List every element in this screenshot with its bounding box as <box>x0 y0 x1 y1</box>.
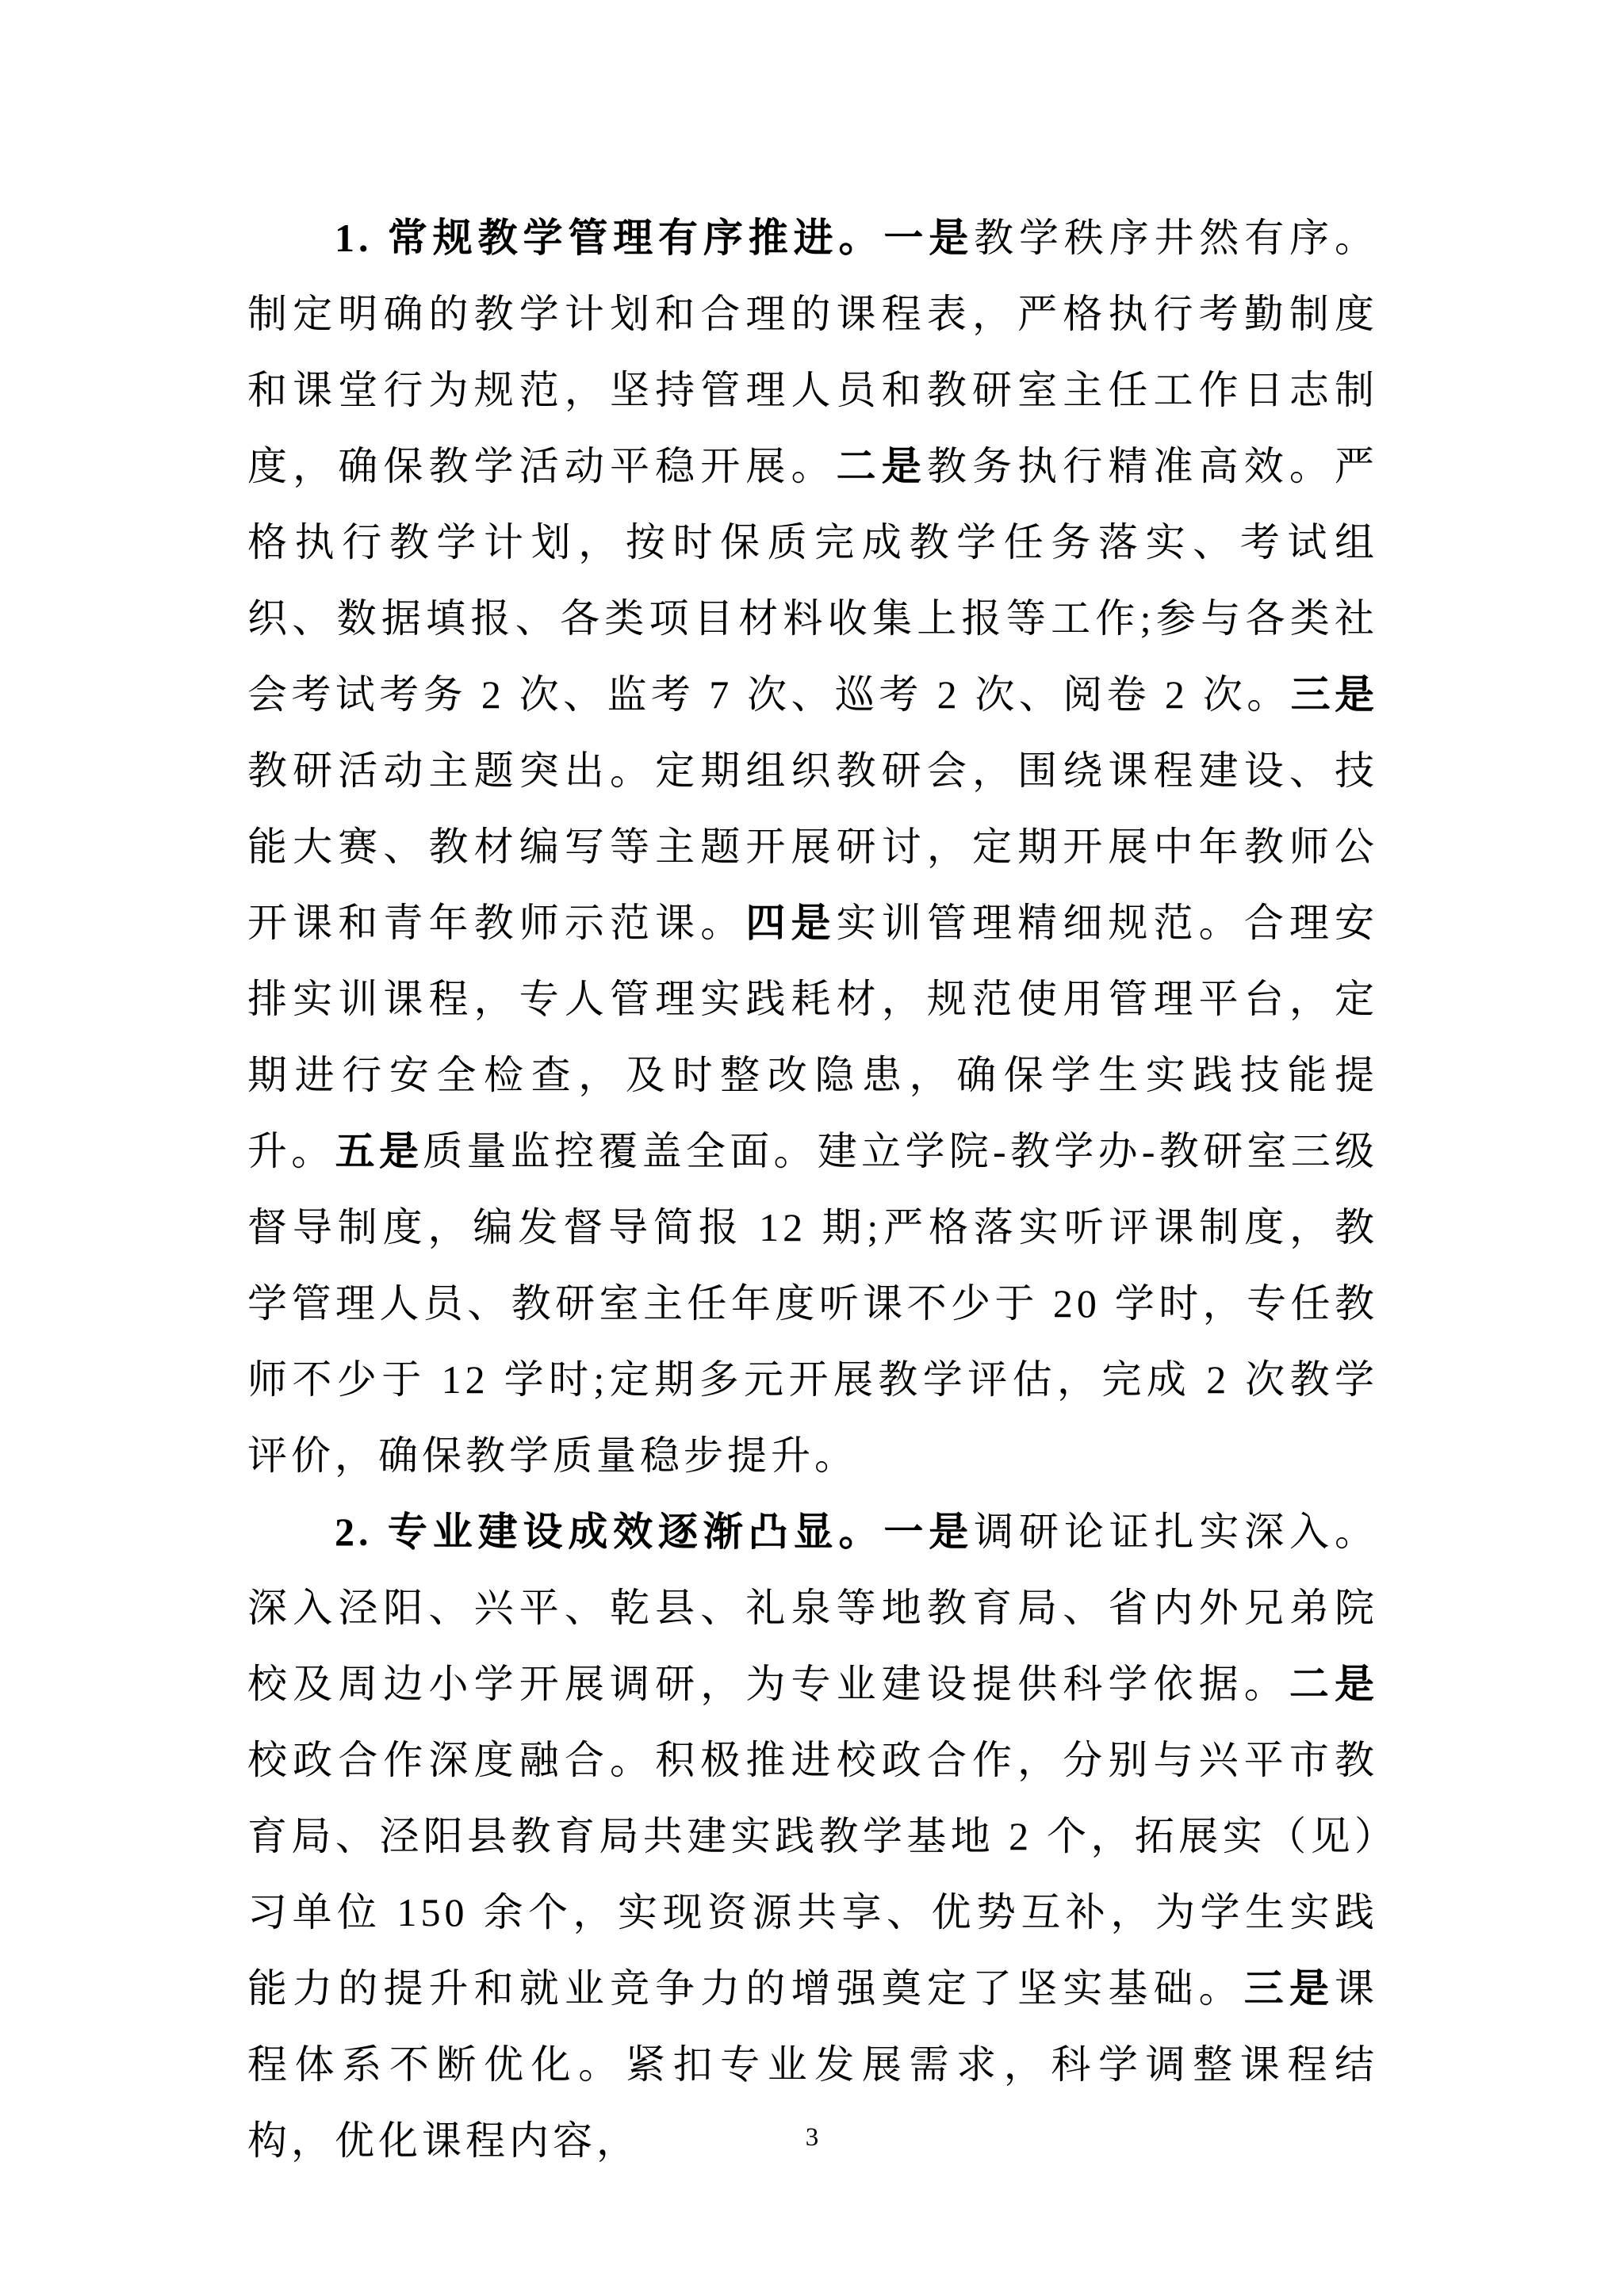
document-page: 1. 常规教学管理有序推进。一是教学秩序井然有序。制定明确的教学计划和合理的课程… <box>0 0 1624 2296</box>
text-run: 质量监控覆盖全面。建立学院-教学办-教研室三级督导制度，编发督导简报 12 期;… <box>247 1129 1378 1478</box>
bold-text-run: 五是 <box>335 1129 423 1173</box>
bold-text-run: 三是 <box>1244 1966 1335 2011</box>
bold-text-run: 三是 <box>1291 672 1378 717</box>
page-number: 3 <box>0 2122 1624 2153</box>
paragraph-1: 1. 常规教学管理有序推进。一是教学秩序井然有序。制定明确的教学计划和合理的课程… <box>247 200 1378 1494</box>
bold-text-run: 2. 专业建设成效逐渐凸显。 <box>335 1510 883 1554</box>
paragraph-2: 2. 专业建设成效逐渐凸显。一是调研论证扎实深入。深入泾阳、兴平、乾县、礼泉等地… <box>247 1494 1378 2179</box>
bold-text-run: 二是 <box>837 444 927 488</box>
bold-text-run: 一是 <box>883 1510 974 1554</box>
bold-text-run: 1. 常规教学管理有序推进。 <box>335 216 883 260</box>
bold-text-run: 四是 <box>745 901 836 945</box>
bold-text-run: 二是 <box>1289 1662 1378 1706</box>
text-run: 校政合作深度融合。积极推进校政合作，分别与兴平市教育局、泾阳县教育局共建实践教学… <box>247 1738 1378 2011</box>
document-body: 1. 常规教学管理有序推进。一是教学秩序井然有序。制定明确的教学计划和合理的课程… <box>247 200 1378 2179</box>
bold-text-run: 一是 <box>883 216 974 260</box>
